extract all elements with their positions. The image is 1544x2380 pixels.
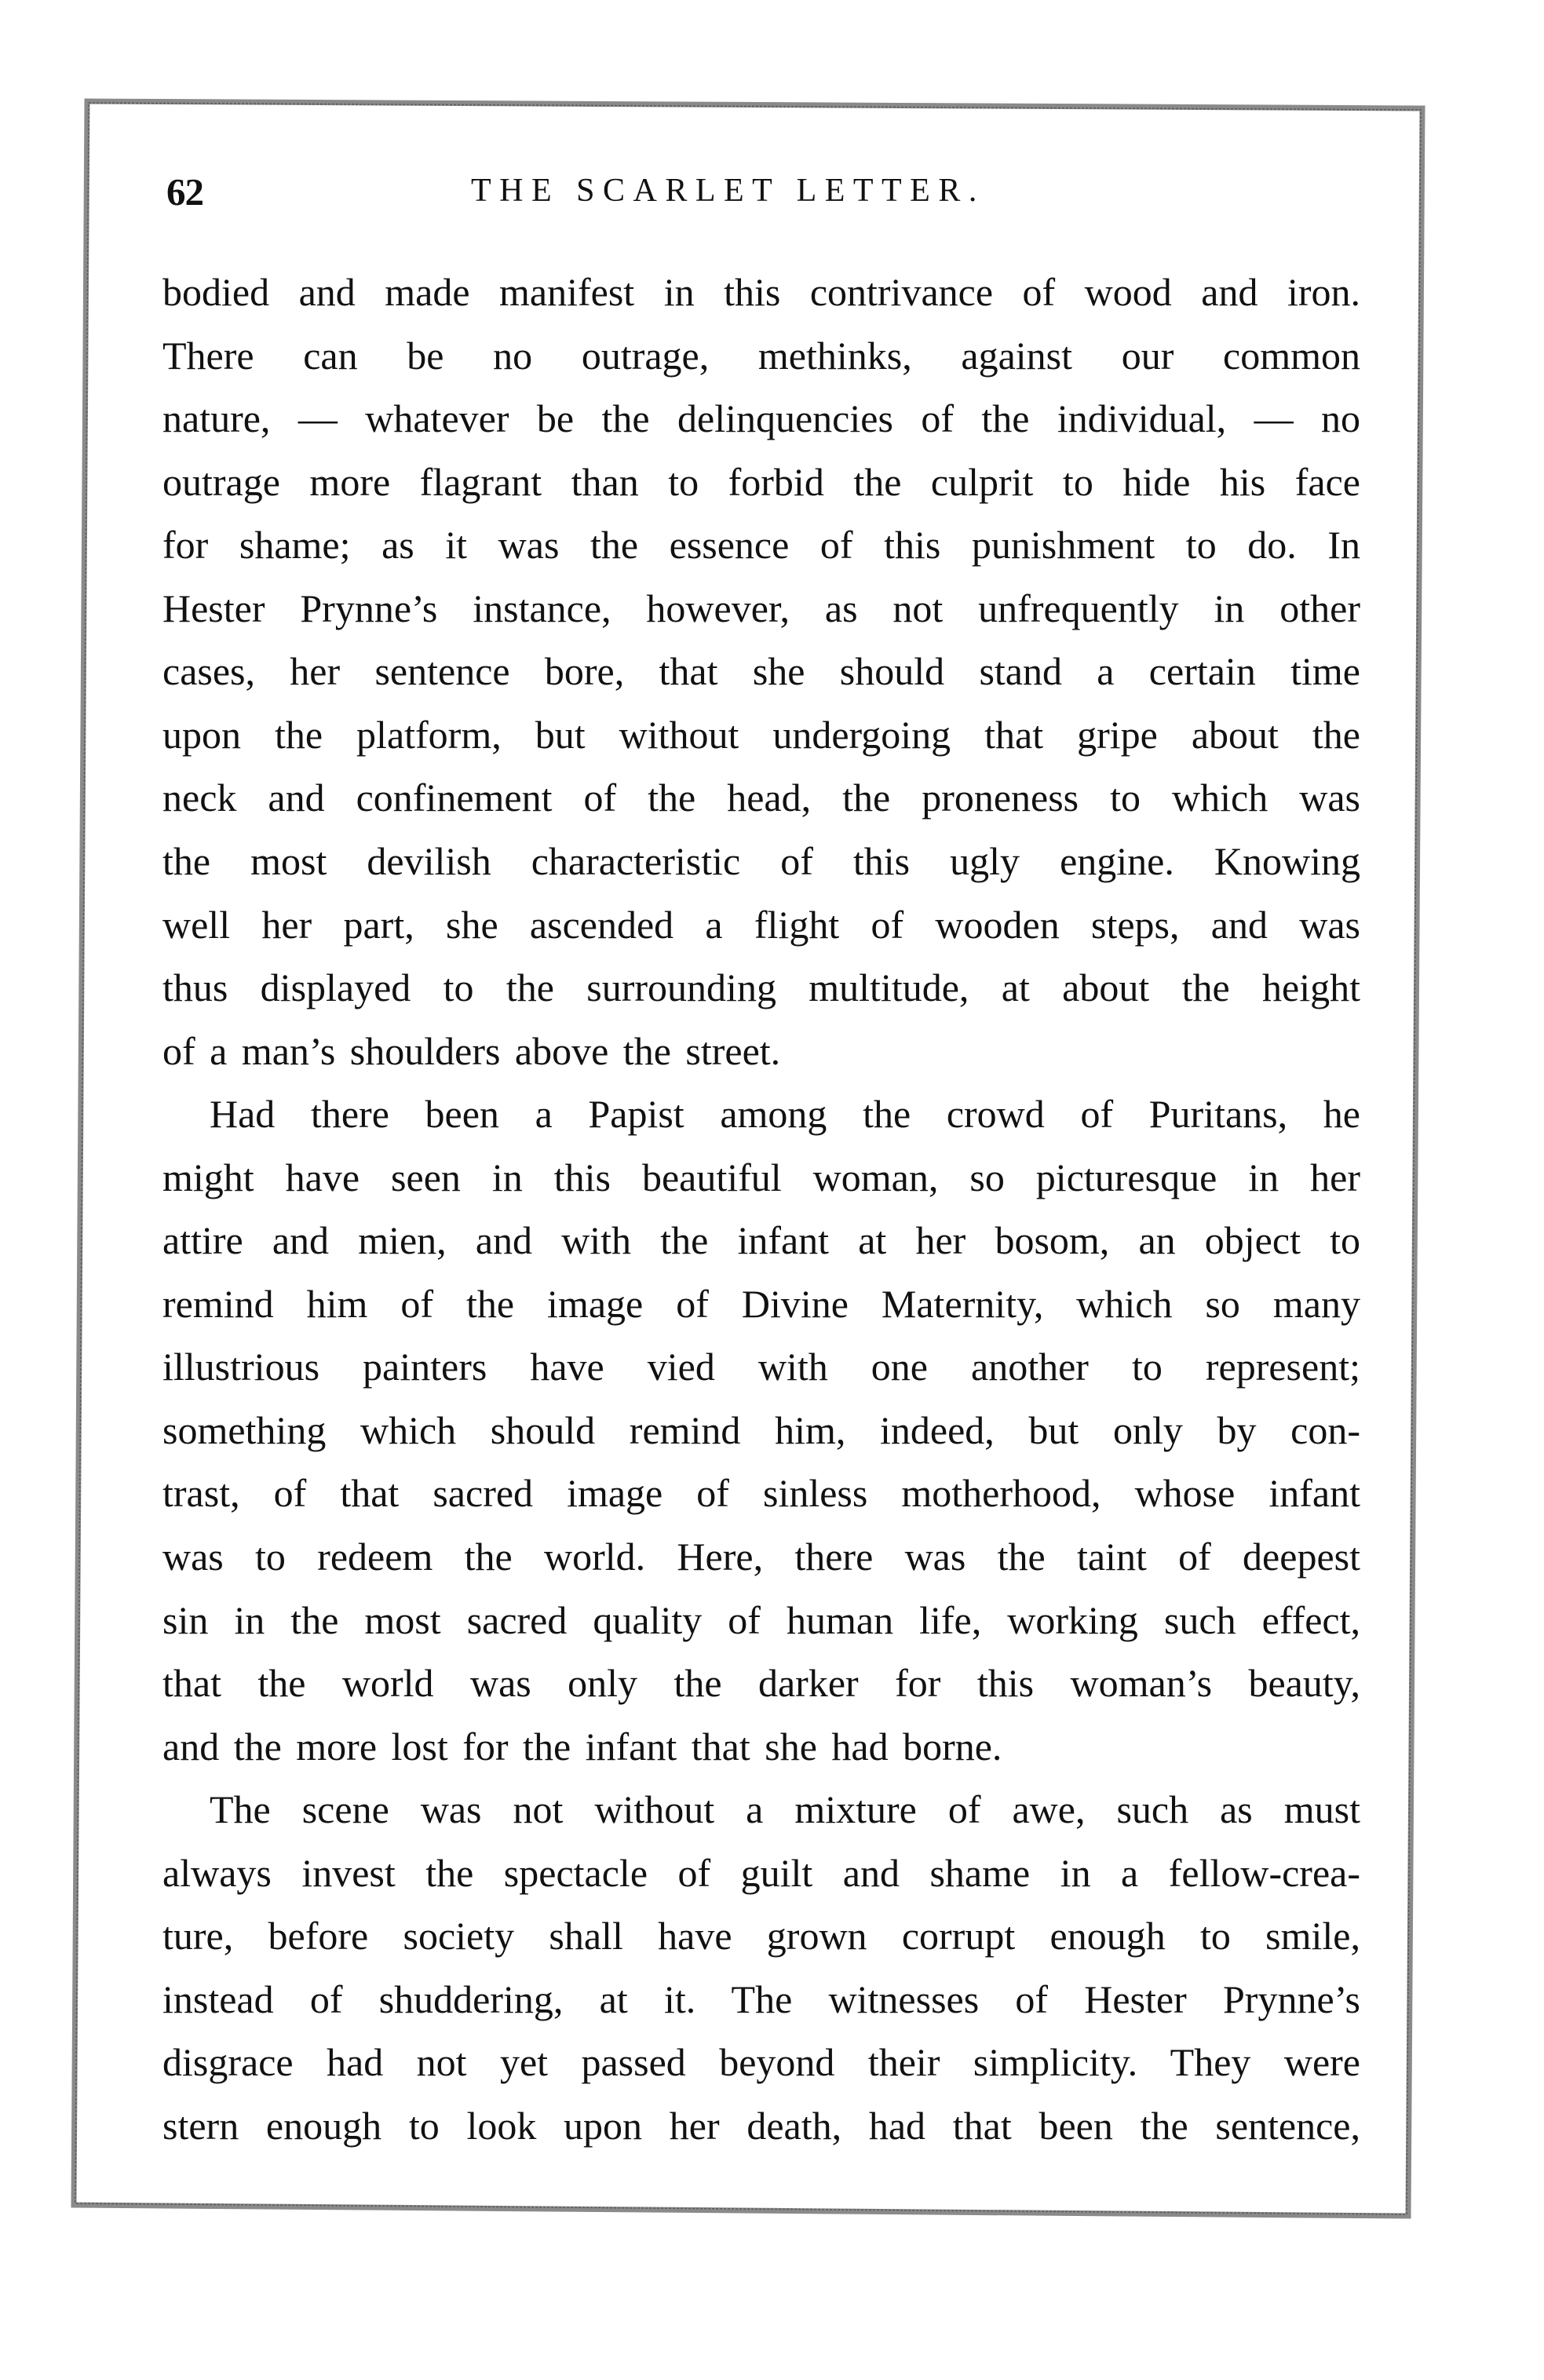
text-line: instead of shuddering, at it. The witnes…	[162, 1976, 1360, 2023]
text-line: for shame; as it was the essence of this…	[162, 521, 1360, 568]
text-line: neck and confinement of the head, the pr…	[162, 774, 1360, 821]
text-line: always invest the spectacle of guilt and…	[162, 1849, 1360, 1896]
text-line: that the world was only the darker for t…	[162, 1659, 1360, 1707]
text-line: Hester Prynne’s instance, however, as no…	[162, 585, 1360, 632]
text-line: sin in the most sacred quality of human …	[162, 1597, 1360, 1644]
text-line: thus displayed to the surrounding multit…	[162, 964, 1360, 1011]
text-line: There can be no outrage, methinks, again…	[162, 332, 1360, 379]
text-line: disgrace had not yet passed beyond their…	[162, 2039, 1360, 2086]
text-line: ture, before society shall have grown co…	[162, 1912, 1360, 1959]
text-line: trast, of that sacred image of sinless m…	[162, 1469, 1360, 1517]
body-text: bodied and made manifest in this contriv…	[0, 0, 1544, 2380]
text-line: cases, her sentence bore, that she shoul…	[162, 648, 1360, 695]
text-line: outrage more flagrant than to forbid the…	[162, 458, 1360, 506]
text-line: bodied and made manifest in this contriv…	[162, 268, 1360, 316]
text-line: something which should remind him, indee…	[162, 1407, 1360, 1454]
text-line: remind him of the image of Divine Matern…	[162, 1280, 1360, 1327]
text-line: illustrious painters have vied with one …	[162, 1343, 1360, 1390]
text-line: attire and mien, and with the infant at …	[162, 1217, 1360, 1264]
text-line: might have seen in this beautiful woman,…	[162, 1154, 1360, 1201]
text-line: was to redeem the world. Here, there was…	[162, 1533, 1360, 1580]
text-line: upon the platform, but without undergoin…	[162, 711, 1360, 758]
text-line: of a man’s shoulders above the street.	[162, 1028, 1360, 1075]
text-line: the most devilish characteristic of this…	[162, 838, 1360, 885]
text-line: The scene was not without a mixture of a…	[210, 1786, 1360, 1833]
text-line: nature, — whatever be the delinquencies …	[162, 395, 1360, 442]
text-line: Had there been a Papist among the crowd …	[210, 1090, 1360, 1137]
text-line: well her part, she ascended a flight of …	[162, 901, 1360, 948]
text-line: stern enough to look upon her death, had…	[162, 2102, 1360, 2149]
text-line: and the more lost for the infant that sh…	[162, 1723, 1360, 1770]
